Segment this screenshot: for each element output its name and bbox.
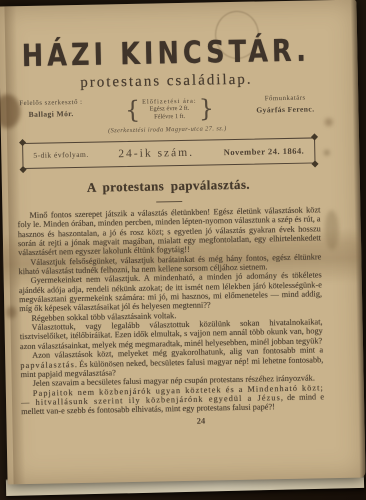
editorial-office-line: (Szerkesztési iroda Magyar-utca 27. sz.) [16,123,319,136]
foxing-speck [324,150,329,155]
masthead: HÁZI KINCSTÁR. protestans családilap. [14,32,318,93]
scanned-page-photo: HÁZI KINCSTÁR. protestans családilap. Fe… [0,0,366,500]
volume-label: 5-dik évfolyam. [33,150,89,160]
article-paragraph: Papjaitok nem közbenjárók ugyan köztetek… [21,383,324,417]
ink-stain [6,306,16,318]
corner-ornament [311,133,318,140]
left-brace-glyph: { [125,98,141,122]
article-body: Minő fontos szerepet játszik a választás… [17,205,324,416]
collaborator-label: Főmunkatárs [256,94,314,104]
corner-ornament [311,160,318,167]
masthead-info-row: Felelős szerkesztő : Ballagi Mór. { Előf… [15,94,318,124]
issue-number: 24-ik szám. [118,146,194,159]
article-paragraph: Gyermekeinket nem választjuk. A mindenha… [19,271,323,314]
editor-label: Felelős szerkesztő : [19,99,82,109]
right-brace-glyph: } [198,96,214,120]
newspaper-page: HÁZI KINCSTÁR. protestans családilap. Fe… [0,0,366,484]
newspaper-subtitle: protestans családilap. [15,70,318,93]
right-edge-shadow [350,0,365,478]
editor-name: Ballagi Mór. [19,109,82,119]
foxing-speck [325,118,333,126]
foxing-speck [324,210,339,250]
price-halfyear: Félévre 1 ft. [142,112,197,121]
collaborator-name: Gyárfás Ferenc. [256,105,314,115]
subscription-price-block: { Előfizetési ára: Egész évre 2 ft. Félé… [125,96,215,122]
issue-info-bar: 5-dik évfolyam. 24-ik szám. November 24.… [22,137,315,169]
corner-ornament [20,166,27,173]
issue-date: November 24. 1864. [224,145,305,157]
article-paragraph: Minő fontos szerepet játszik a választás… [17,205,321,258]
collaborator-block: Főmunkatárs Gyárfás Ferenc. [256,94,315,114]
article-title: A protestans papválasztás. [17,175,320,197]
title-divider [156,201,182,202]
newspaper-title: HÁZI KINCSTÁR. [11,32,321,73]
corner-ornament [19,139,26,146]
editor-block: Felelős szerkesztő : Ballagi Mór. [19,99,83,119]
